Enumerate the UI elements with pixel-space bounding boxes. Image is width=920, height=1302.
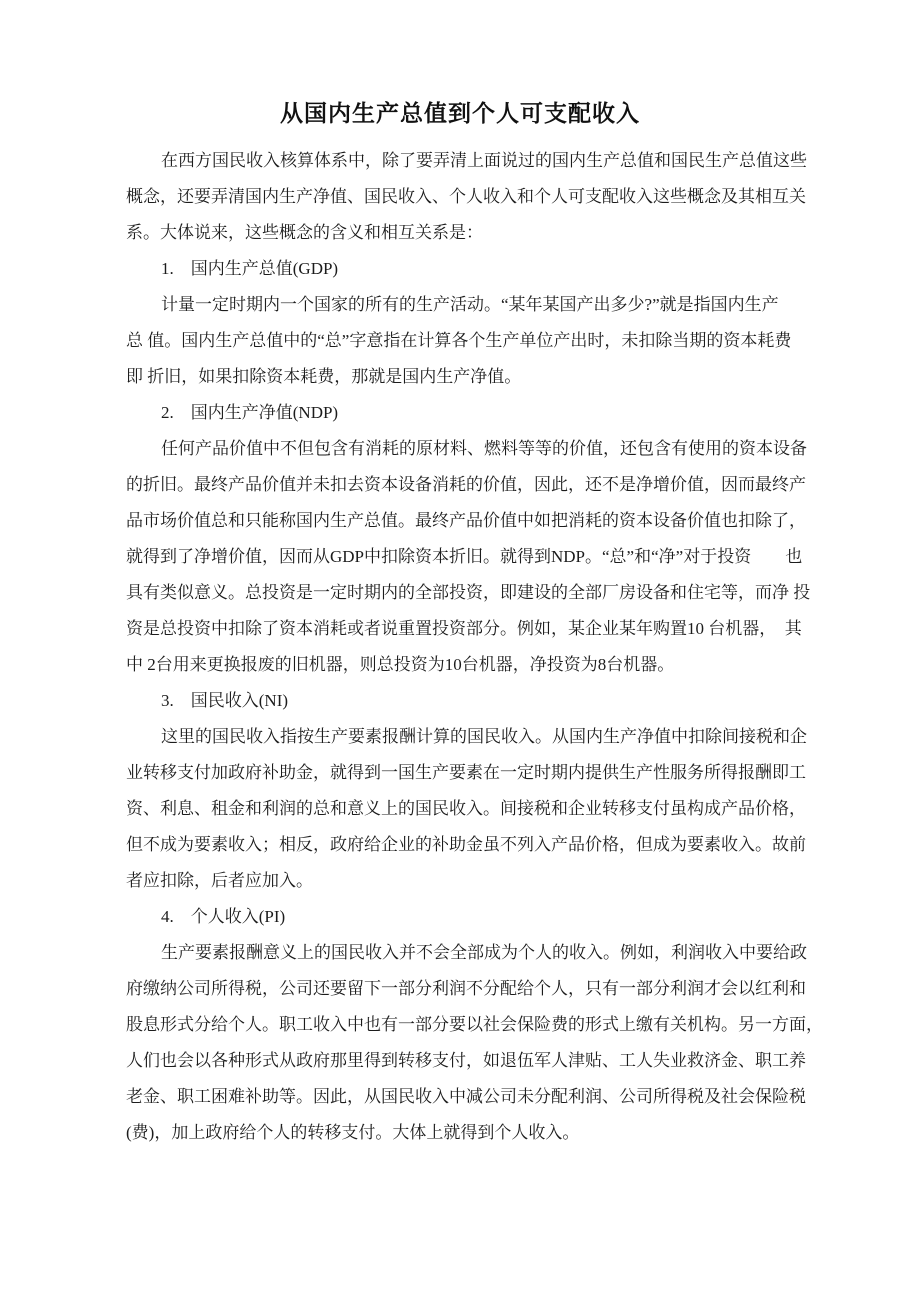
document-body: 在西方国民收入核算体系中，除了要弄清上面说过的国内生产总值和国民生产总值这些概念… xyxy=(0,143,920,1151)
paragraph-line: 计量一定时期内一个国家的所有的生产活动。“某年某国产出多少?”就是指国内生产 xyxy=(126,287,810,323)
paragraph-line: (费)，加上政府给个人的转移支付。大体上就得到个人收入。 xyxy=(126,1115,810,1151)
paragraph-line: 老金、职工困难补助等。因此，从国民收入中减公司未分配利润、公司所得税及社会保险税 xyxy=(126,1079,810,1115)
paragraph-line: 府缴纳公司所得税，公司还要留下一部分利润不分配给个人，只有一部分利润才会以红利和 xyxy=(126,971,810,1007)
paragraph-line: 概念，还要弄清国内生产净值、国民收入、个人收入和个人可支配收入这些概念及其相互关 xyxy=(126,179,810,215)
paragraph-line: 任何产品价值中不但包含有消耗的原材料、燃料等等的价值，还包含有使用的资本设备 xyxy=(126,431,810,467)
paragraph-line: 总 值。国内生产总值中的“总”字意指在计算各个生产单位产出时，未扣除当期的资本耗… xyxy=(126,323,810,359)
section-heading: 2. 国内生产净值(NDP) xyxy=(126,395,810,431)
section-heading: 4. 个人收入(PI) xyxy=(126,899,810,935)
document-page: 从国内生产总值到个人可支配收入 在西方国民收入核算体系中，除了要弄清上面说过的国… xyxy=(0,0,920,1302)
paragraph-line: 即 折旧，如果扣除资本耗费，那就是国内生产净值。 xyxy=(126,359,810,395)
paragraph-line: 具有类似意义。总投资是一定时期内的全部投资，即建设的全部厂房设备和住宅等，而净 … xyxy=(126,575,810,611)
paragraph-line: 生产要素报酬意义上的国民收入并不会全部成为个人的收入。例如，利润收入中要给政 xyxy=(126,935,810,971)
section-heading: 3. 国民收入(NI) xyxy=(126,683,810,719)
paragraph-line: 但不成为要素收入；相反，政府给企业的补助金虽不列入产品价格，但成为要素收入。故前 xyxy=(126,827,810,863)
paragraph-line: 中 2台用来更换报废的旧机器，则总投资为10台机器，净投资为8台机器。 xyxy=(126,647,810,683)
paragraph-line: 资、利息、租金和利润的总和意义上的国民收入。间接税和企业转移支付虽构成产品价格， xyxy=(126,791,810,827)
paragraph-line: 系。大体说来，这些概念的含义和相互关系是： xyxy=(126,215,810,251)
paragraph-line: 股息形式分给个人。职工收入中也有一部分要以社会保险费的形式上缴有关机构。另一方面… xyxy=(126,1007,810,1043)
paragraph-line: 这里的国民收入指按生产要素报酬计算的国民收入。从国内生产净值中扣除间接税和企 xyxy=(126,719,810,755)
paragraph-line: 人们也会以各种形式从政府那里得到转移支付，如退伍军人津贴、工人失业救济金、职工养 xyxy=(126,1043,810,1079)
paragraph-line: 就得到了净增价值，因而从GDP中扣除资本折旧。就得到NDP。“总”和“净”对于投… xyxy=(126,539,810,575)
paragraph-line: 在西方国民收入核算体系中，除了要弄清上面说过的国内生产总值和国民生产总值这些 xyxy=(126,143,810,179)
paragraph-line: 业转移支付加政府补助金，就得到一国生产要素在一定时期内提供生产性服务所得报酬即工 xyxy=(126,755,810,791)
paragraph-line: 者应扣除，后者应加入。 xyxy=(126,863,810,899)
section-heading: 1. 国内生产总值(GDP) xyxy=(126,251,810,287)
paragraph-line: 品市场价值总和只能称国内生产总值。最终产品价值中如把消耗的资本设备价值也扣除了， xyxy=(126,503,810,539)
paragraph-line: 的折旧。最终产品价值并未扣去资本设备消耗的价值，因此，还不是净增价值，因而最终产 xyxy=(126,467,810,503)
document-title: 从国内生产总值到个人可支配收入 xyxy=(0,0,920,128)
paragraph-line: 资是总投资中扣除了资本消耗或者说重置投资部分。例如，某企业某年购置10 台机器，… xyxy=(126,611,810,647)
